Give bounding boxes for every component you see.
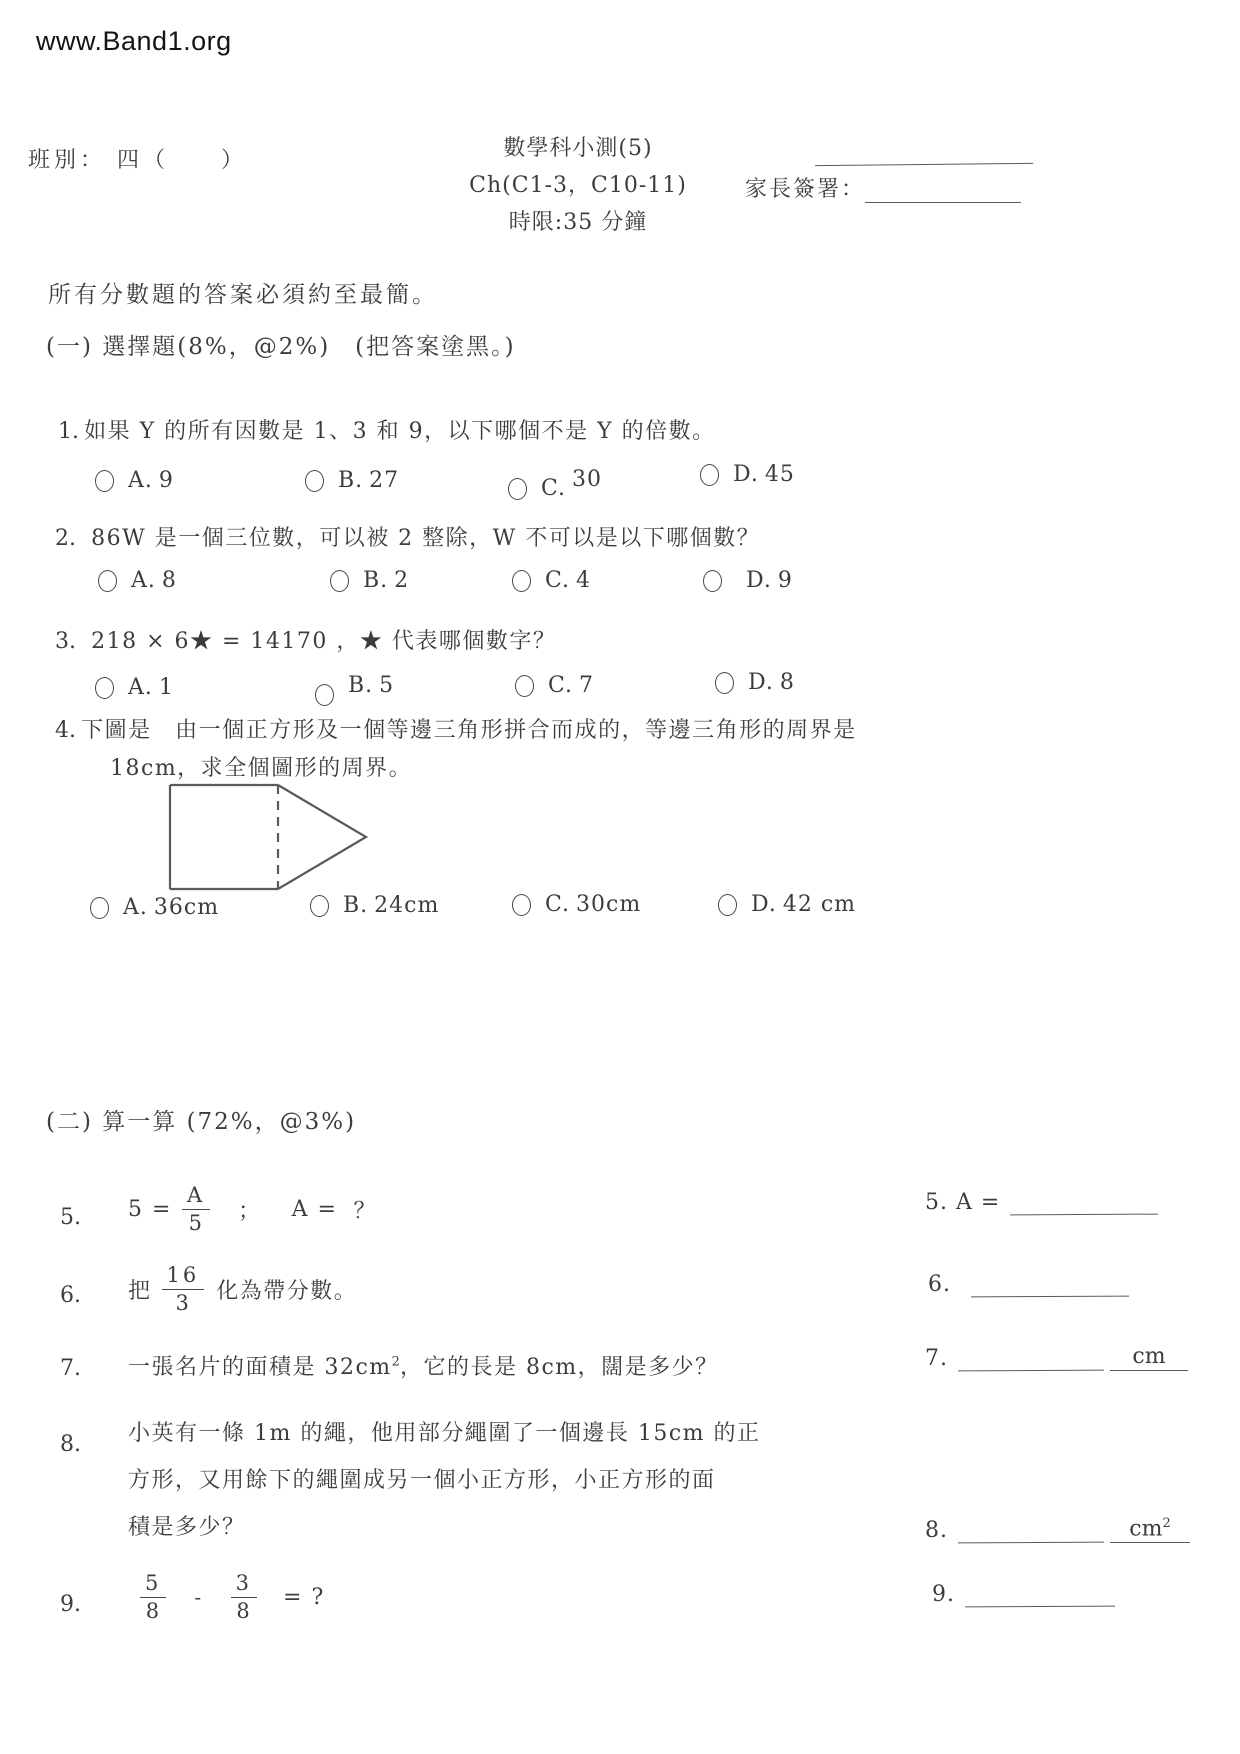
q4-option-a: A. 36cm	[90, 895, 219, 920]
q3-option-d-value: 8	[780, 670, 795, 695]
q4-option-d-bubble[interactable]	[718, 894, 737, 916]
q5-fraction-numerator: A	[182, 1183, 210, 1209]
q3-option-b-label: B.	[348, 673, 373, 698]
q1-option-c: C. 30	[508, 476, 602, 501]
q2-option-c-value: 4	[576, 568, 591, 593]
q6-fraction-denominator: 3	[162, 1290, 205, 1315]
q5-rhs: A =	[292, 1197, 338, 1222]
answer-8-unit-text: cm	[1129, 1516, 1162, 1541]
q2-option-a-bubble[interactable]	[98, 570, 117, 592]
answer-7-unit: cm	[1110, 1344, 1188, 1371]
q2-option-c-bubble[interactable]	[512, 570, 531, 592]
question-7-number: 7.	[60, 1356, 81, 1381]
answer-8-unit-sup: 2	[1162, 1516, 1170, 1531]
class-field: 班別： 四（ ）	[28, 143, 247, 174]
question-9-expression: 5 8 - 3 8 = ?	[140, 1562, 325, 1632]
q3-option-d-label: D.	[748, 670, 774, 695]
question-6-number: 6.	[60, 1283, 81, 1308]
q3-option-a-bubble[interactable]	[95, 677, 114, 699]
parent-signature-row: 家長簽署：	[745, 172, 1021, 203]
question-1: 1. 如果 Y 的所有因數是 1、3 和 9，以下哪個不是 Y 的倍數。	[58, 414, 716, 445]
q2-option-c: C. 4	[512, 568, 591, 593]
q5-separator: ；	[238, 1194, 262, 1225]
q7-cm-squared-sup: 2	[392, 1355, 400, 1370]
answer-6: 6.	[928, 1272, 1129, 1297]
q4-option-c-value: 30cm	[576, 892, 641, 917]
q9-equals-question: = ?	[283, 1585, 325, 1610]
section-one-header: (一) 選擇題(8%，@2%) (把答案塗黑。)	[46, 328, 516, 361]
q4-option-d-label: D.	[751, 892, 777, 917]
q6-pre: 把	[128, 1274, 152, 1305]
answer-7-label: 7.	[925, 1346, 948, 1371]
q2-option-c-label: C.	[545, 568, 570, 593]
q1-option-b-value: 27	[369, 468, 399, 493]
answer-5: 5. A =	[925, 1190, 1158, 1215]
answer-8-blank[interactable]	[958, 1518, 1104, 1544]
q3-option-c-label: C.	[548, 673, 573, 698]
q4-option-c-bubble[interactable]	[512, 894, 531, 916]
question-3-text: 218 × 6★ = 14170 ，★ 代表哪個數字？	[91, 629, 556, 654]
answer-9-blank[interactable]	[965, 1582, 1115, 1608]
site-watermark: www.Band1.org	[36, 26, 232, 57]
q1-option-c-label: C.	[541, 476, 566, 501]
q9-fraction-1-numerator: 5	[140, 1571, 166, 1597]
q6-post: 化為帶分數。	[216, 1274, 357, 1305]
question-5-number: 5.	[60, 1205, 81, 1230]
q9-fraction-2: 3 8	[231, 1571, 257, 1622]
q4-option-d-value: 42 cm	[783, 892, 856, 917]
question-2-number: 2.	[55, 526, 76, 551]
question-8-line3: 積是多少？	[128, 1510, 246, 1541]
q4-option-b-value: 24cm	[374, 893, 439, 918]
question-4-line1: 4. 下圖是 由一個正方形及一個等邊三角形拼合而成的，等邊三角形的周界是	[55, 713, 857, 744]
q9-fraction-2-denominator: 8	[231, 1598, 257, 1623]
q6-fraction-numerator: 16	[162, 1263, 205, 1289]
q3-option-a: A. 1	[95, 675, 174, 700]
q1-option-c-value: 30	[572, 467, 602, 492]
general-instruction: 所有分數題的答案必須約至最簡。	[48, 276, 438, 309]
q3-option-a-label: A.	[128, 675, 153, 700]
q3-option-b: B. 5	[315, 682, 394, 707]
q1-option-d-value: 45	[765, 462, 795, 487]
q3-option-c: C. 7	[515, 673, 594, 698]
parent-signature-blank	[865, 178, 1021, 203]
answer-7: 7. cm	[925, 1344, 1188, 1371]
question-1-text: 如果 Y 的所有因數是 1、3 和 9，以下哪個不是 Y 的倍數。	[84, 419, 716, 444]
q4-option-c: C. 30cm	[512, 892, 641, 917]
answer-8-label: 8.	[925, 1518, 948, 1543]
q3-option-c-bubble[interactable]	[515, 675, 534, 697]
q4-option-c-label: C.	[545, 892, 570, 917]
answer-8-unit: cm2	[1110, 1516, 1190, 1543]
question-6-expression: 把 16 3 化為帶分數。	[128, 1258, 357, 1320]
question-2-text: 86W 是一個三位數，可以被 2 整除，W 不可以是以下哪個數？	[91, 526, 760, 551]
q7-text-part1: 一張名片的面積是 32cm	[128, 1355, 392, 1380]
q9-minus-sign: -	[194, 1585, 202, 1609]
answer-9: 9.	[932, 1582, 1115, 1607]
question-3: 3. 218 × 6★ = 14170 ，★ 代表哪個數字？	[55, 624, 556, 655]
q1-option-a-bubble[interactable]	[95, 470, 114, 492]
q4-option-a-bubble[interactable]	[90, 897, 109, 919]
square-triangle-figure	[166, 780, 378, 896]
answer-7-unit-text: cm	[1132, 1344, 1165, 1369]
question-8-line1: 小英有一條 1m 的繩，他用部分繩圍了一個邊長 15cm 的正	[128, 1416, 761, 1447]
question-2: 2. 86W 是一個三位數，可以被 2 整除，W 不可以是以下哪個數？	[55, 521, 760, 552]
quiz-time-limit: 時限:35 分鐘	[428, 204, 728, 241]
answer-7-blank[interactable]	[958, 1346, 1104, 1372]
q3-option-b-value: 5	[379, 673, 394, 698]
q4-option-b-bubble[interactable]	[310, 895, 329, 917]
q3-option-c-value: 7	[579, 673, 594, 698]
quiz-chapters: Ch(C1-3，C10-11)	[428, 167, 728, 204]
q2-option-b-bubble[interactable]	[330, 570, 349, 592]
q2-option-b-value: 2	[394, 568, 409, 593]
q2-option-a: A. 8	[98, 568, 177, 593]
q9-fraction-2-numerator: 3	[231, 1571, 257, 1597]
q3-option-d: D. 8	[715, 670, 795, 695]
q2-option-d: D. 9	[703, 568, 793, 593]
header-title-block: 數學科小測(5) Ch(C1-3，C10-11) 時限:35 分鐘	[428, 130, 728, 241]
q4-option-b: B. 24cm	[310, 893, 439, 918]
q5-question-mark: ？	[353, 1194, 377, 1225]
q1-option-a: A. 9	[95, 468, 174, 493]
q1-option-a-label: A.	[128, 468, 153, 493]
q3-option-d-bubble[interactable]	[715, 672, 734, 694]
q1-option-d-label: D.	[733, 462, 759, 487]
q1-option-b: B. 27	[305, 468, 399, 493]
q5-fraction: A 5	[182, 1183, 210, 1234]
q3-option-b-bubble[interactable]	[315, 684, 334, 706]
question-4-text-line2: 18cm，求全個圖形的周界。	[110, 751, 412, 782]
answer-9-label: 9.	[932, 1582, 955, 1607]
q1-option-c-bubble[interactable]	[508, 478, 527, 500]
q2-option-d-label: D.	[746, 568, 772, 593]
q1-option-b-bubble[interactable]	[305, 470, 324, 492]
q4-option-d: D. 42 cm	[718, 892, 856, 917]
question-1-number: 1.	[58, 419, 79, 444]
signature-line-top	[815, 139, 1033, 166]
q1-option-a-value: 9	[159, 468, 174, 493]
q1-option-d-bubble[interactable]	[700, 464, 719, 486]
q2-option-b: B. 2	[330, 568, 409, 593]
answer-6-label: 6.	[928, 1272, 951, 1297]
q2-option-b-label: B.	[363, 568, 388, 593]
q2-option-a-label: A.	[131, 568, 156, 593]
q1-option-d: D. 45	[700, 462, 795, 487]
answer-6-blank[interactable]	[971, 1272, 1129, 1298]
question-8-line2: 方形，又用餘下的繩圍成另一個小正方形，小正方形的面	[128, 1463, 716, 1494]
q4-option-b-label: B.	[343, 893, 368, 918]
q1-option-b-label: B.	[338, 468, 363, 493]
q9-fraction-1-denominator: 8	[140, 1598, 166, 1623]
quiz-title: 數學科小測(5)	[428, 130, 728, 167]
answer-5-blank[interactable]	[1010, 1190, 1158, 1216]
q4-option-a-label: A.	[123, 895, 148, 920]
q5-lhs: 5 =	[128, 1197, 172, 1222]
question-5-expression: 5 = A 5 ； A = ？	[128, 1178, 377, 1240]
question-4-number: 4.	[55, 718, 76, 743]
q2-option-a-value: 8	[162, 568, 177, 593]
question-7-text: 一張名片的面積是 32cm2，它的長是 8cm，闊是多少？	[128, 1350, 719, 1381]
question-3-number: 3.	[55, 629, 76, 654]
q9-fraction-1: 5 8	[140, 1571, 166, 1622]
q5-fraction-denominator: 5	[182, 1210, 210, 1235]
q2-option-d-bubble[interactable]	[703, 570, 722, 592]
question-4-text-line1: 下圖是 由一個正方形及一個等邊三角形拼合而成的，等邊三角形的周界是	[81, 718, 857, 743]
section-two-header: (二) 算一算 (72%，@3%)	[46, 1103, 356, 1136]
question-9-number: 9.	[60, 1592, 81, 1617]
answer-8: 8. cm2	[925, 1516, 1190, 1543]
question-8-number: 8.	[60, 1432, 81, 1457]
q7-text-part2: ，它的長是 8cm，闊是多少？	[400, 1355, 719, 1380]
q4-option-a-value: 36cm	[154, 895, 219, 920]
q2-option-d-value: 9	[778, 568, 793, 593]
answer-5-label: 5. A =	[925, 1190, 1000, 1215]
scanned-quiz-page: www.Band1.org 班別： 四（ ） 數學科小測(5) Ch(C1-3，…	[0, 0, 1240, 1754]
q3-option-a-value: 1	[159, 675, 174, 700]
parent-signature-label: 家長簽署：	[745, 172, 865, 203]
q6-fraction: 16 3	[162, 1263, 205, 1314]
